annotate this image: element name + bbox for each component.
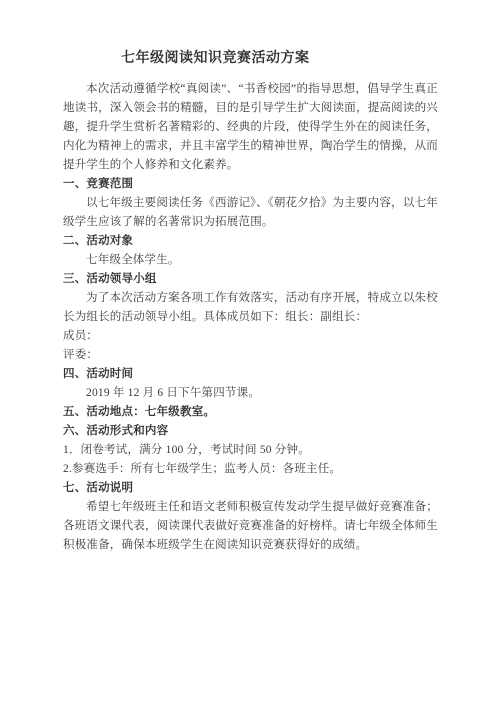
- section-heading-location: 五、活动地点：七年级教室。: [63, 403, 438, 422]
- section-heading-leader-group: 三、活动领导小组: [63, 270, 438, 289]
- section-heading-format: 六、活动形式和内容: [63, 422, 438, 441]
- section-heading-notes: 七、活动说明: [63, 479, 438, 498]
- paragraph-time: 2019 年 12 月 6 日下午第四节课。: [63, 384, 438, 403]
- section-heading-scope: 一、竞赛范围: [63, 175, 438, 194]
- section-heading-target: 二、活动对象: [63, 232, 438, 251]
- paragraph-target: 七年级全体学生。: [63, 251, 438, 270]
- paragraph-intro: 本次活动遵循学校“真阅读”、“书香校园”的指导思想，倡导学生真正地读书，深入领会…: [63, 80, 438, 175]
- document-page: 七年级阅读知识竞赛活动方案 本次活动遵循学校“真阅读”、“书香校园”的指导思想，…: [0, 0, 500, 707]
- list-item-participants: 2.参赛选手：所有七年级学生；监考人员：各班主任。: [63, 460, 438, 479]
- document-title: 七年级阅读知识竞赛活动方案: [63, 48, 438, 70]
- line-judges: 评委：: [63, 346, 438, 365]
- paragraph-scope: 以七年级主要阅读任务《西游记》、《朝花夕拾》为主要内容，以七年级学生应该了解的名…: [63, 194, 438, 232]
- section-heading-time: 四、活动时间: [63, 365, 438, 384]
- list-item-exam: 1．闭卷考试，满分 100 分，考试时间 50 分钟。: [63, 441, 438, 460]
- line-members: 成员：: [63, 327, 438, 346]
- paragraph-notes: 希望七年级班主任和语文老师积极宣传发动学生提早做好竞赛准备；各班语文课代表，阅读…: [63, 498, 438, 555]
- paragraph-leader-group: 为了本次活动方案各项工作有效落实，活动有序开展，特成立以朱校长为组长的活动领导小…: [63, 289, 438, 327]
